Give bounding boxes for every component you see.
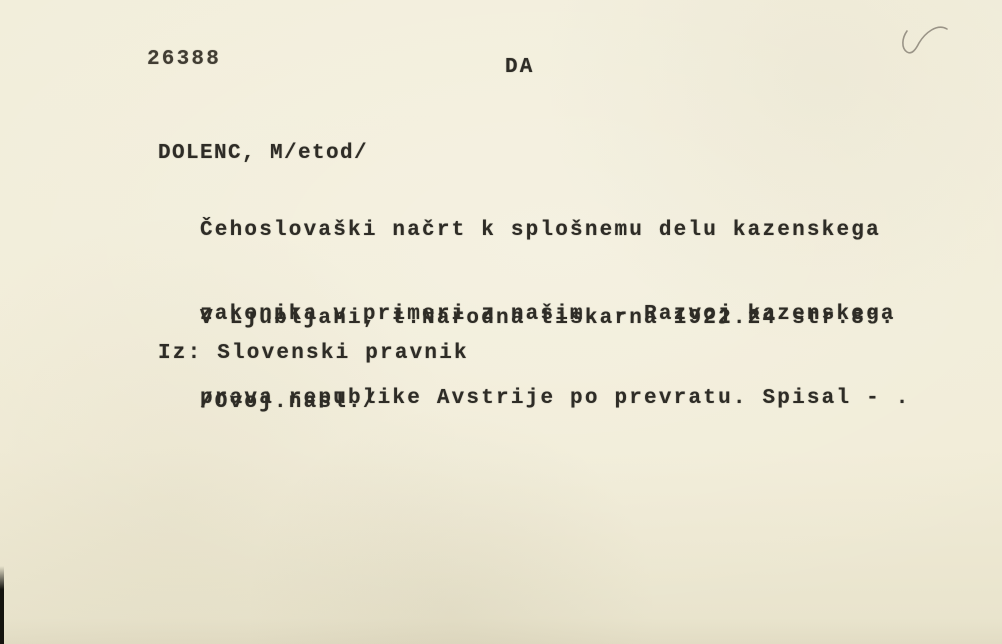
title-line-1: Čehoslovaški načrt k splošnemu delu kaze…: [200, 217, 911, 245]
classification-mark: DA: [505, 54, 535, 82]
scan-edge-artifact: [0, 566, 4, 644]
cover-title-note: /Ovoj.nasl./: [200, 389, 896, 417]
call-number: 26388: [147, 46, 221, 74]
catalog-card-scan: 26388 DA DOLENC, M/etod/ Čehoslovaški na…: [0, 0, 1002, 644]
imprint-line: V Ljubljani, t.Narodna tiskarna 1922.24 …: [200, 305, 896, 333]
source-note: Iz: Slovenski pravnik: [158, 340, 469, 368]
pencil-checkmark-icon: [893, 18, 955, 76]
